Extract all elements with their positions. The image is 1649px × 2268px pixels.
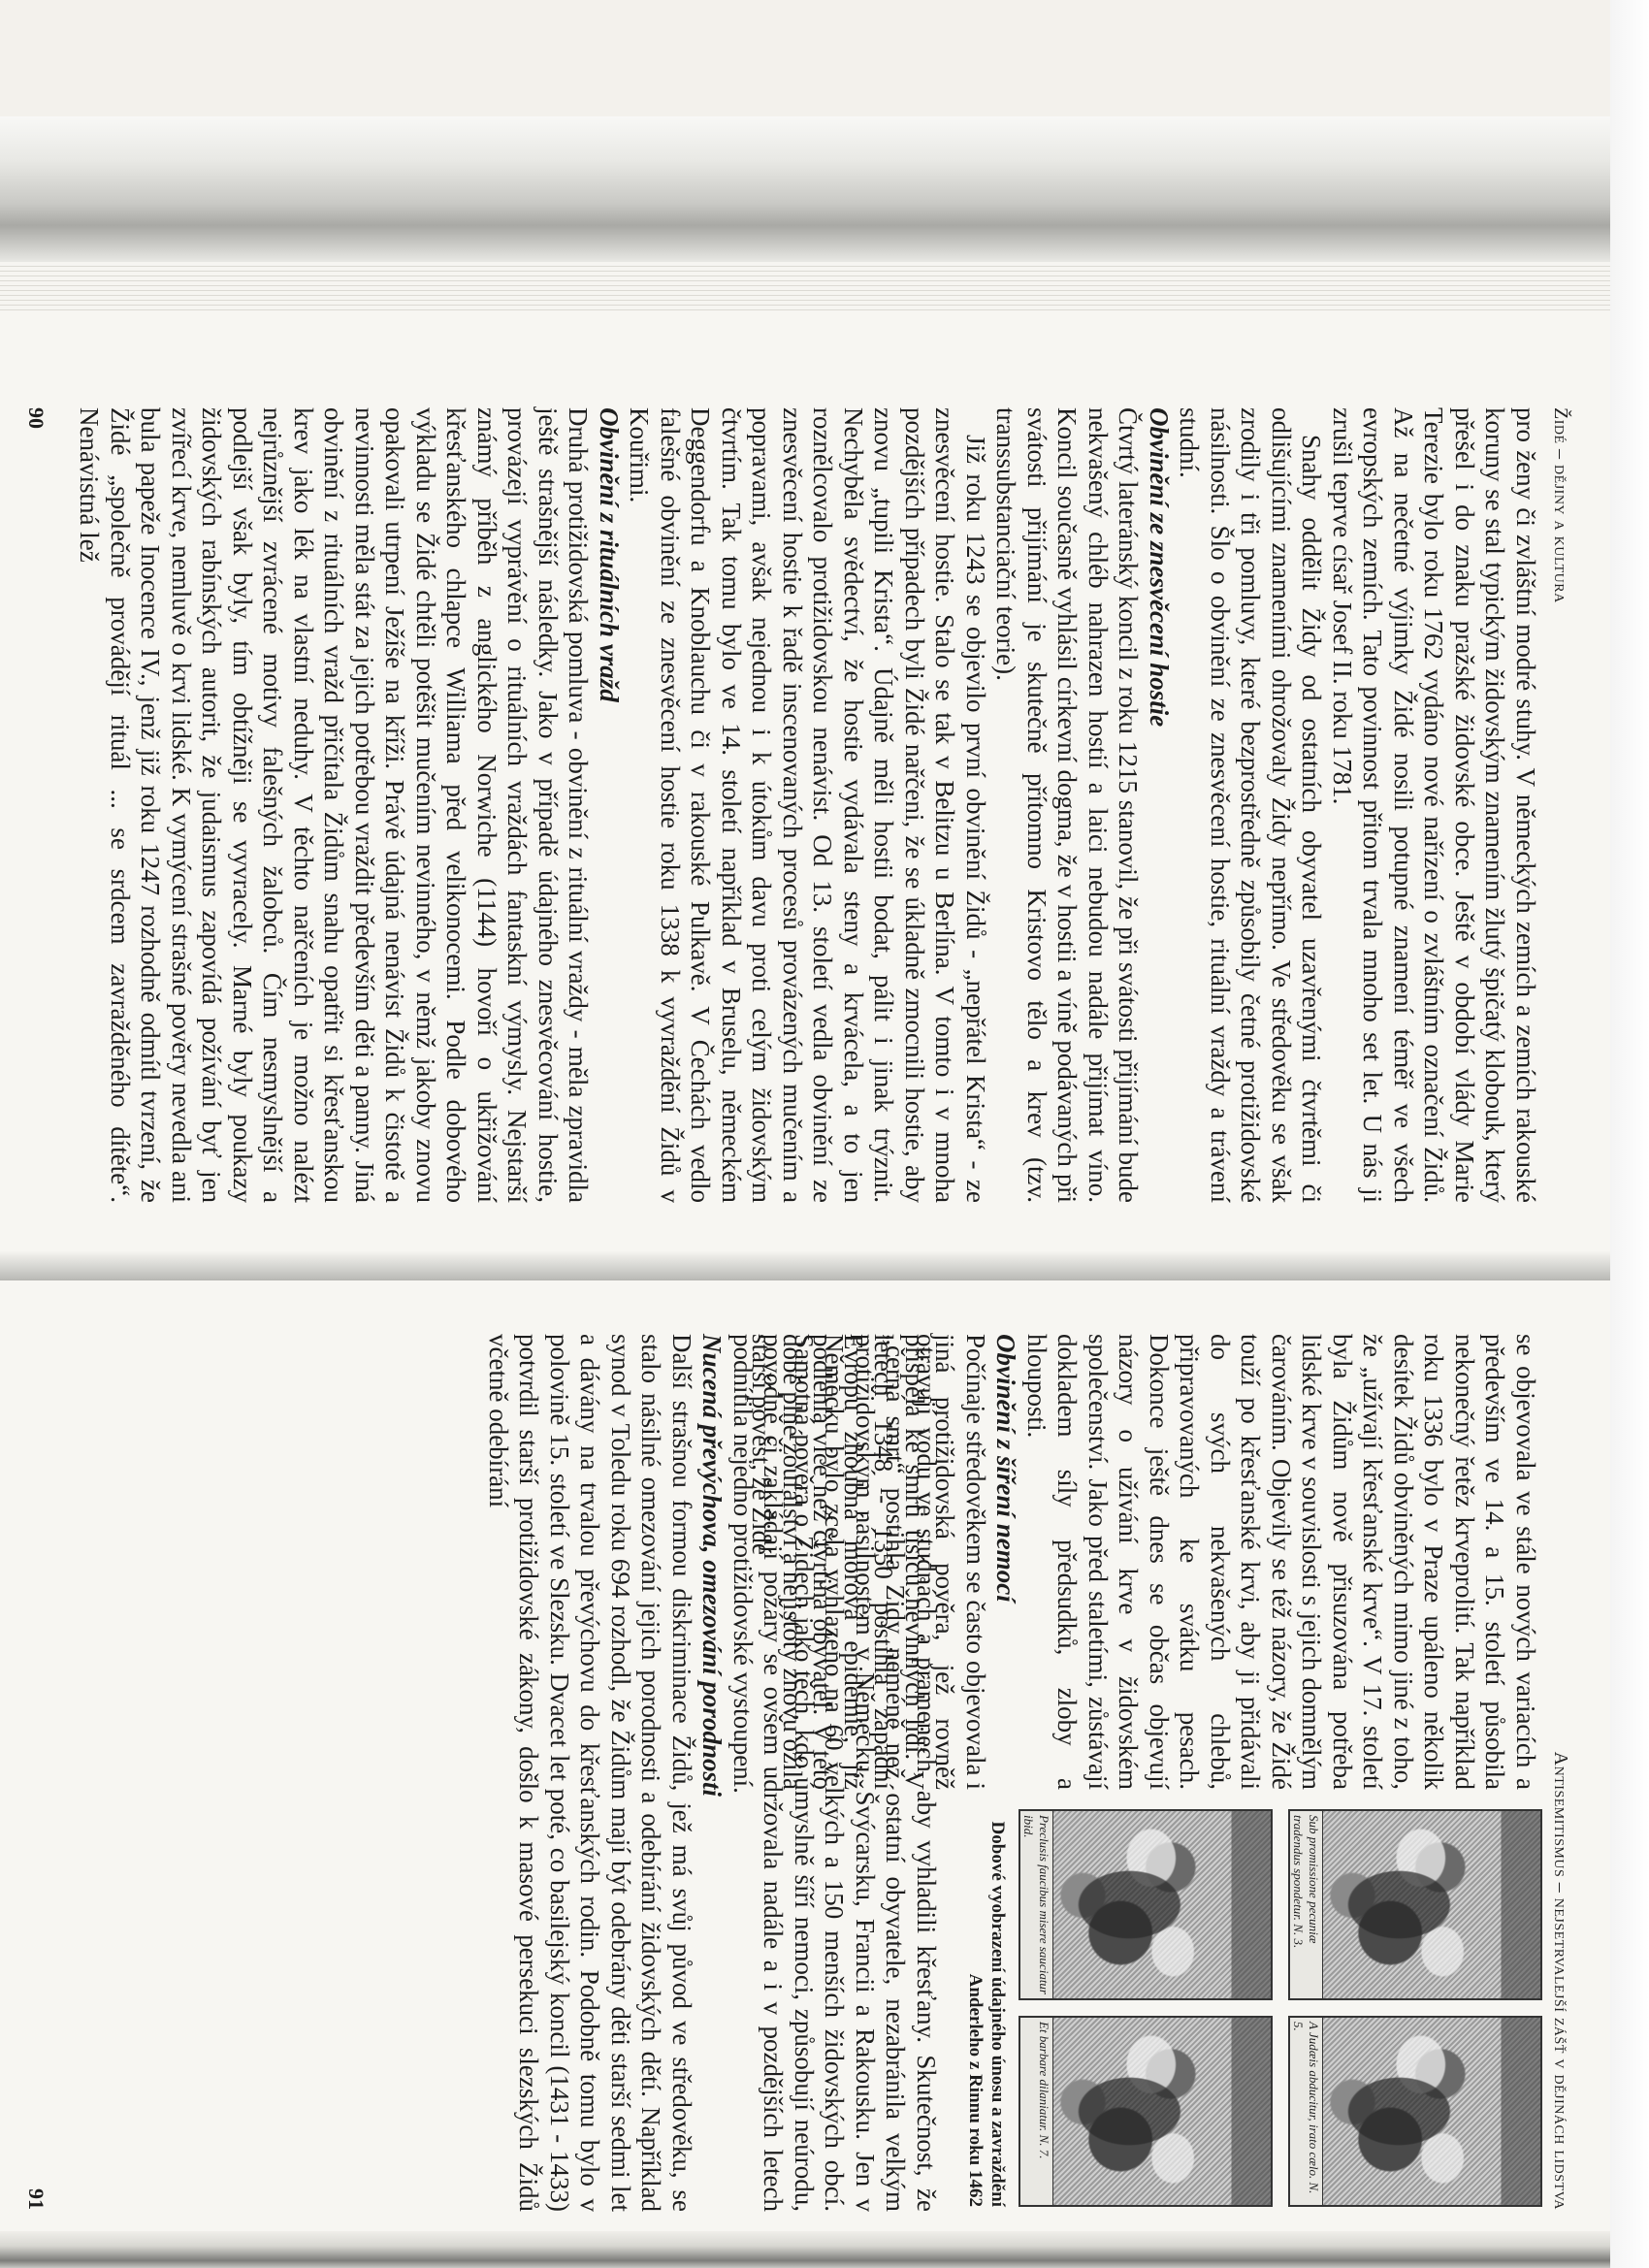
panel-caption: Et barbare dilaniatur. N. 7. xyxy=(1020,2018,1053,2205)
woodcut-panel: Et barbare dilaniatur. N. 7. xyxy=(1018,2016,1273,2207)
engraving-image xyxy=(1053,1811,1271,1998)
engraving-image xyxy=(1323,2018,1540,2205)
woodcut-panel: Preclusis faucibus misere sauciatur ibid… xyxy=(1018,1809,1273,2000)
book-page-edge xyxy=(0,116,1610,262)
woodcut-panel: Sub promissione pecuniæ tradendus sponde… xyxy=(1288,1809,1542,2000)
paragraph: Druhá protižidovská pomluva - obvinění z… xyxy=(74,407,594,1203)
left-running-head: Židé – dějiny a kultura xyxy=(1549,407,1571,603)
paragraph: Již roku 1243 se objevilo první obvinění… xyxy=(624,407,990,1203)
scanner-edge xyxy=(1610,0,1649,2268)
book-page-stack xyxy=(0,262,1610,310)
right-running-head: Antisemitismus – nejsetrvalejší zášť v d… xyxy=(1549,1752,1571,2210)
section-heading: Obvinění z rituálních vražd xyxy=(594,407,625,1203)
engraving-image xyxy=(1323,1811,1540,1998)
figure-caption: Dobové vyobrazení údajného únosu a zavra… xyxy=(964,1809,1009,2207)
left-page-body: pro ženy či zvláštní modré stuhy. V něme… xyxy=(74,407,1540,1203)
paragraph: Čtvrtý lateránský koncil z roku 1215 sta… xyxy=(990,407,1144,1203)
paragraph: se objevovala ve stále nových variacích … xyxy=(1021,1334,1541,1790)
right-page-number: 91 xyxy=(23,2188,48,2210)
paragraph: Další strašnou formou diskriminace Židů,… xyxy=(483,1334,697,2212)
right-page-body-bottom: otravují vodu ve studnách a pramenech, a… xyxy=(483,1334,942,2212)
open-book: Židé – dějiny a kultura pro ženy či zvlá… xyxy=(0,116,1610,2268)
paragraph: otravují vodu ve studnách a pramenech, a… xyxy=(727,1334,942,2212)
section-heading: Obvinění ze znesvěcení hostie xyxy=(1144,407,1175,1203)
section-heading: Nucená převýchova, omezování porodnosti xyxy=(696,1334,727,2212)
woodcut-figure: Sub promissione pecuniæ tradendus sponde… xyxy=(980,1809,1542,2217)
left-page-number: 90 xyxy=(23,407,48,429)
panel-caption: A Judæis abducitur, irato cælo. N. 5. xyxy=(1290,2018,1323,2205)
woodcut-panel: A Judæis abducitur, irato cælo. N. 5. xyxy=(1288,2016,1542,2207)
paragraph: Snahy oddělit Židy od ostatních obyvatel… xyxy=(1174,407,1327,1203)
scanned-book-spread: Židé – dějiny a kultura pro ženy či zvlá… xyxy=(0,0,1649,2268)
engraving-image xyxy=(1053,2018,1271,2205)
panel-caption: Preclusis faucibus misere sauciatur ibid… xyxy=(1020,1811,1053,1998)
paragraph: pro ženy či zvláštní modré stuhy. V něme… xyxy=(1327,407,1541,1203)
panel-caption: Sub promissione pecuniæ tradendus sponde… xyxy=(1290,1811,1323,1998)
book-bottom-edge xyxy=(0,2231,1610,2268)
right-page: Antisemitismus – nejsetrvalejší zášť v d… xyxy=(0,1280,1610,2268)
woodcut-panel-grid: Sub promissione pecuniæ tradendus sponde… xyxy=(1018,1809,1542,2207)
section-heading: Obvinění z šíření nemocí xyxy=(990,1334,1021,1790)
